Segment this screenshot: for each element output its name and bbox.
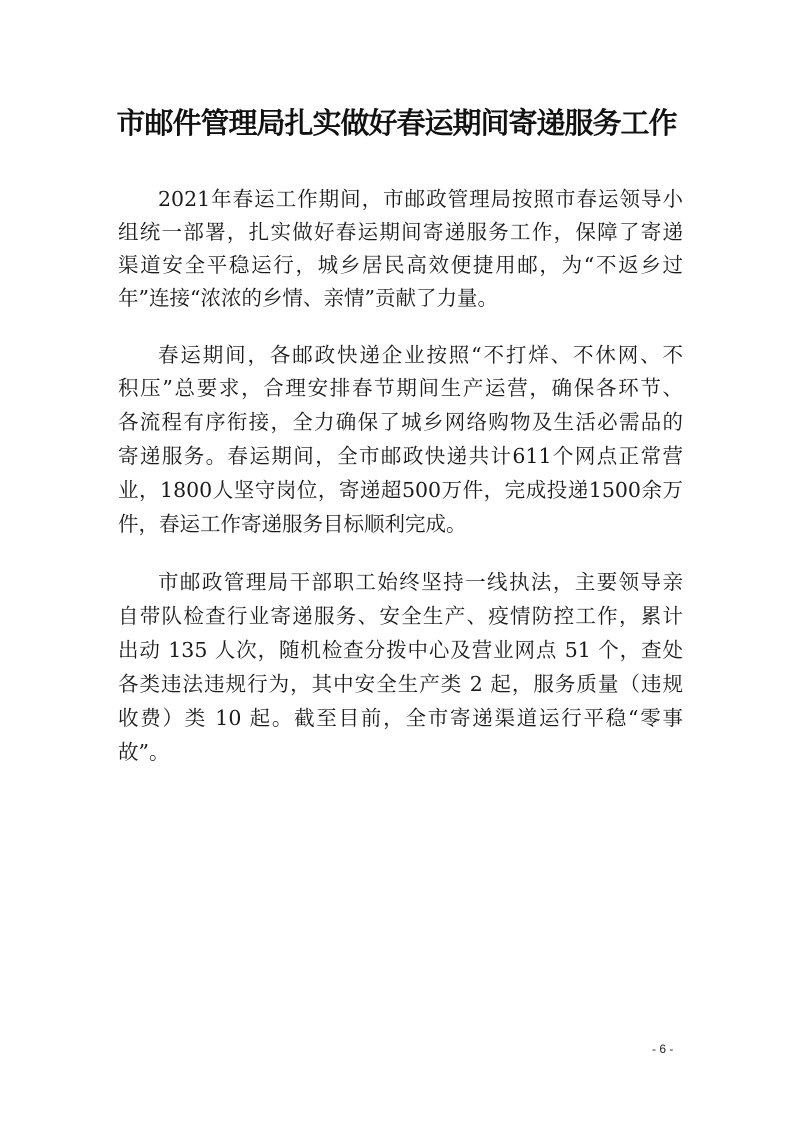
paragraph-line: 业，1800人坚守岗位，寄递超500万件，完成投递1500余万 (118, 477, 683, 503)
paragraph-line: 收费）类 10 起。截至目前，全市寄递渠道运行平稳“零事 (118, 705, 683, 731)
page-number: - 6 - (652, 1042, 673, 1056)
document-title: 市邮件管理局扎实做好春运期间寄递服务工作 (0, 101, 793, 142)
document-page: 市邮件管理局扎实做好春运期间寄递服务工作 2021年春运工作期间，市邮政管理局按… (0, 0, 793, 1122)
paragraph-line: 市邮政管理局干部职工始终坚持一线执法，主要领导亲 (158, 569, 683, 595)
paragraph-line: 2021年春运工作期间，市邮政管理局按照市春运领导小 (158, 186, 683, 212)
paragraph-line: 积压”总要求，合理安排春节期间生产运营，确保各环节、 (118, 375, 683, 401)
paragraph-line: 故”。 (118, 739, 683, 765)
paragraph-line: 渠道安全平稳运行，城乡居民高效便捷用邮，为“不返乡过 (118, 252, 683, 278)
paragraph-line: 组统一部署，扎实做好春运期间寄递服务工作，保障了寄递 (118, 219, 683, 245)
paragraph-line: 寄递服务。春运期间，全市邮政快递共计611个网点正常营 (118, 443, 683, 469)
paragraph-line: 件，春运工作寄递服务目标顺利完成。 (118, 511, 683, 537)
paragraph-line: 春运期间，各邮政快递企业按照“不打烊、不休网、不 (158, 342, 683, 368)
paragraph-line: 年”连接“浓浓的乡情、亲情”贡献了力量。 (118, 285, 683, 311)
paragraph-line: 自带队检查行业寄递服务、安全生产、疫情防控工作，累计 (118, 603, 683, 629)
paragraph-line: 各流程有序衔接，全力确保了城乡网络购物及生活必需品的 (118, 409, 683, 435)
paragraph-line: 出动 135 人次，随机检查分拨中心及营业网点 51 个，查处 (118, 637, 683, 663)
paragraph-line: 各类违法违规行为，其中安全生产类 2 起，服务质量（违规 (118, 671, 683, 697)
